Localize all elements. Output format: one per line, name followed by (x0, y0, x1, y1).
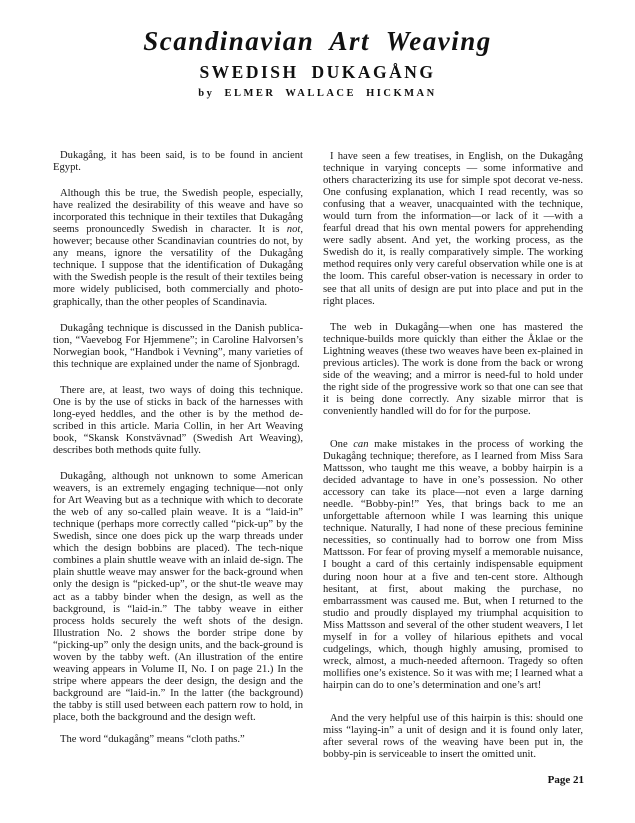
paragraph-text: make mistakes in the process of working … (323, 439, 583, 691)
emphasis-text: can (353, 439, 368, 450)
paragraph: And the very helpful use of this hairpin… (323, 713, 583, 761)
page-number: Page 21 (530, 774, 584, 786)
right-column: I have seen a few treatises, in English,… (323, 151, 583, 761)
paragraph: There are, at least, two ways of doing t… (53, 385, 303, 457)
article-title: Scandinavian Art Weaving (0, 26, 635, 57)
paragraph-text: One (330, 439, 353, 450)
emphasis-text: not (287, 224, 301, 235)
paragraph: The word “dukagång” means “cloth paths.” (53, 734, 303, 746)
paragraph: I have seen a few treatises, in English,… (323, 151, 583, 308)
article-byline: by ELMER WALLACE HICKMAN (0, 88, 635, 99)
paragraph: Dukagång, it has been said, is to be fou… (53, 150, 303, 174)
article-subtitle: SWEDISH DUKAGÅNG (0, 62, 635, 83)
paragraph: Dukagång technique is discussed in the D… (53, 323, 303, 371)
paragraph: Although this be true, the Swedish peopl… (53, 188, 303, 308)
paragraph: The web in Dukagång—when one has mastere… (323, 322, 583, 418)
paragraph-text: , however; because other Scandinavian co… (53, 224, 303, 307)
left-column: Dukagång, it has been said, is to be fou… (53, 150, 303, 746)
paragraph: One can make mistakes in the process of … (323, 439, 583, 692)
paragraph: Dukagång, although not unknown to some A… (53, 471, 303, 724)
paragraph-text: Although this be true, the Swedish peopl… (53, 188, 303, 235)
magazine-page: Scandinavian Art Weaving SWEDISH DUKAGÅN… (0, 0, 635, 823)
